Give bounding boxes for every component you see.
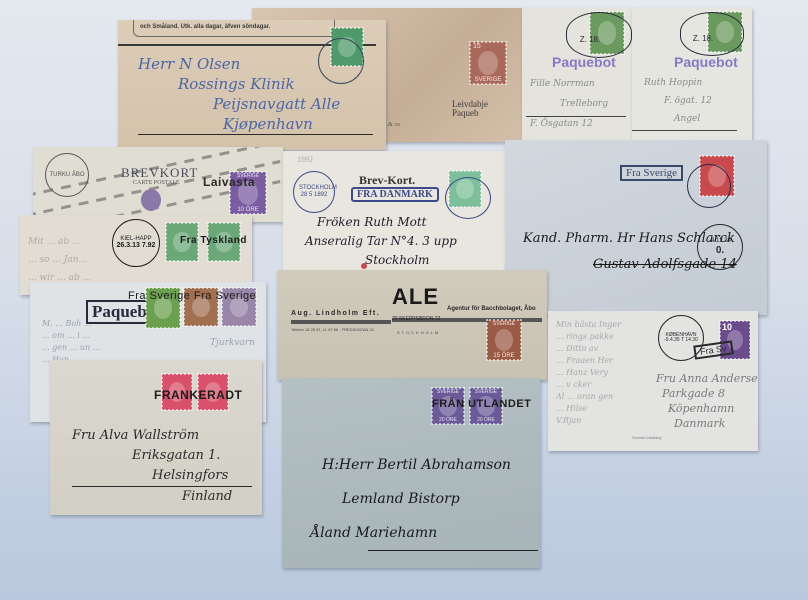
address: Herr N Olsen Rossings Klinik Peijsnavgat… xyxy=(138,54,373,135)
company-right: Agentur för Bacchbolaget, Åbo xyxy=(447,306,536,312)
wrapper-olsen: och Småland. Utk. alla dagar, äfven sönd… xyxy=(118,20,386,150)
paquebot-cachet: Paquebot xyxy=(552,54,616,70)
address: Kand. Pharm. Hr Hans Schlarck Gustav Ado… xyxy=(523,226,737,278)
ale-headline: ALE xyxy=(392,284,439,310)
fran-utlandet-overprint: FRÅN UTLANDET xyxy=(432,398,531,410)
stamp-brown: SVERIGE 15 ÖRE xyxy=(487,320,521,360)
sub-left: Telefon 18 25 51, 11 07 86 - FREDSGATAN … xyxy=(291,327,374,332)
cover-helsingfors: FRANKERADT Fru Alva Wallström Eriksgatan… xyxy=(50,360,262,515)
cover-ale: ALE Aug. Lindholm Eft. Agentur för Bacch… xyxy=(277,270,547,380)
address: Fille Norrman Trelleborg F. Ösgatan 12 xyxy=(530,74,608,134)
address: Fru Anna Andersen Parkgade 8 Köpenhamn D… xyxy=(656,371,758,431)
portrait-icon xyxy=(478,51,498,74)
postcard-kobenhavn: Min bästa Inger... rings pakke... Ditto … xyxy=(548,311,758,451)
postcard-berlin-2: Z. 18. Paquebot Ruth Hoppin F. ögat. 12 … xyxy=(632,8,752,140)
frankeradt-overprint: FRANKERADT xyxy=(154,388,242,402)
postmark-oval: Z. 18. xyxy=(566,12,632,58)
postmark-helsingborg xyxy=(687,164,731,208)
postcard-berlin-1: Z. 18. Paquebot Fille Norrman Trelleborg… xyxy=(522,8,634,140)
postmark-oval: Z. 18. xyxy=(680,12,744,56)
card-subtitle: CARTE POSTALE xyxy=(133,180,180,186)
address: Fröken Ruth Mott Anseralig Tar N°4. 3 up… xyxy=(305,213,457,270)
fra-sverige-cachet: Fra Sverige xyxy=(620,165,683,181)
stamp-brown: 15 SVERIGE xyxy=(470,42,506,84)
postmark-kiel: KIEL-HAPP 26.3.13 7.92 xyxy=(112,219,160,267)
brevkort-denmark: 1892 STOCKHOLM 28 5 1892 Brev-Kort. FRA … xyxy=(283,151,513,275)
company-left: Aug. Lindholm Eft. xyxy=(291,310,380,317)
card-title: Brev-Kort. xyxy=(359,173,415,188)
address: H:Herr Bertil Abrahamson Lemland Bistorp… xyxy=(322,448,511,550)
address: Fru Alva Wallström Eriksgatan 1. Helsing… xyxy=(72,426,252,507)
fra-danmark-cachet: FRA DANMARK xyxy=(351,187,439,202)
cover-abrahamson: SVERIGE 20 ÖRE SVERIGE 20 ÖRE FRÅN UTLAN… xyxy=(282,378,540,568)
card-title: BREVKORT xyxy=(121,165,198,181)
faded-writing: Mit ... ab ...... so ... Jan...... wir .… xyxy=(28,233,91,287)
year-note: 1892 xyxy=(297,155,313,164)
overprint: Fra Tyskland xyxy=(180,235,247,246)
paquebot-cachet: Paquebot xyxy=(674,54,738,70)
message-text: Min bästa Inger... rings pakke... Ditto … xyxy=(556,319,621,427)
brevkort-turku: TURKU ÅBO BREVKORT CARTE POSTALE SVERIGE… xyxy=(33,147,283,222)
card-caption: Svensk Idrottsby xyxy=(632,435,662,440)
address-fragment: Tjurkvarn xyxy=(210,338,255,348)
faded-writing: M. ... Boh ...... om ... i ...... gen ..… xyxy=(42,318,100,366)
postmark-turku: TURKU ÅBO xyxy=(45,153,89,197)
crown-emblem-icon xyxy=(141,189,161,211)
red-wax-spot xyxy=(361,263,367,269)
photo-postal-covers: { "scene": { "description": "Photograph … xyxy=(0,0,808,600)
stamp-value: 15 xyxy=(473,43,481,50)
handstamp: Leivdabje Paqueb xyxy=(452,100,488,118)
handstamp-laivasta: Laivasta xyxy=(203,175,255,189)
sub-bottom: STOCKHOLM xyxy=(397,330,440,335)
postmark-stockholm: STOCKHOLM 28 5 1892 xyxy=(293,171,335,213)
sub-mid: 20 SKEPPSBRON 22 xyxy=(392,316,440,322)
stamp-country: SVERIGE xyxy=(475,77,502,83)
fra-sverige-overprint: Fra Sverige Fra Sverige xyxy=(128,290,256,302)
address: Ruth Hoppin F. ögat. 12 Angel xyxy=(644,74,712,128)
printed-header: och Småland. Utk. alla dagar, äfven sönd… xyxy=(140,24,270,30)
